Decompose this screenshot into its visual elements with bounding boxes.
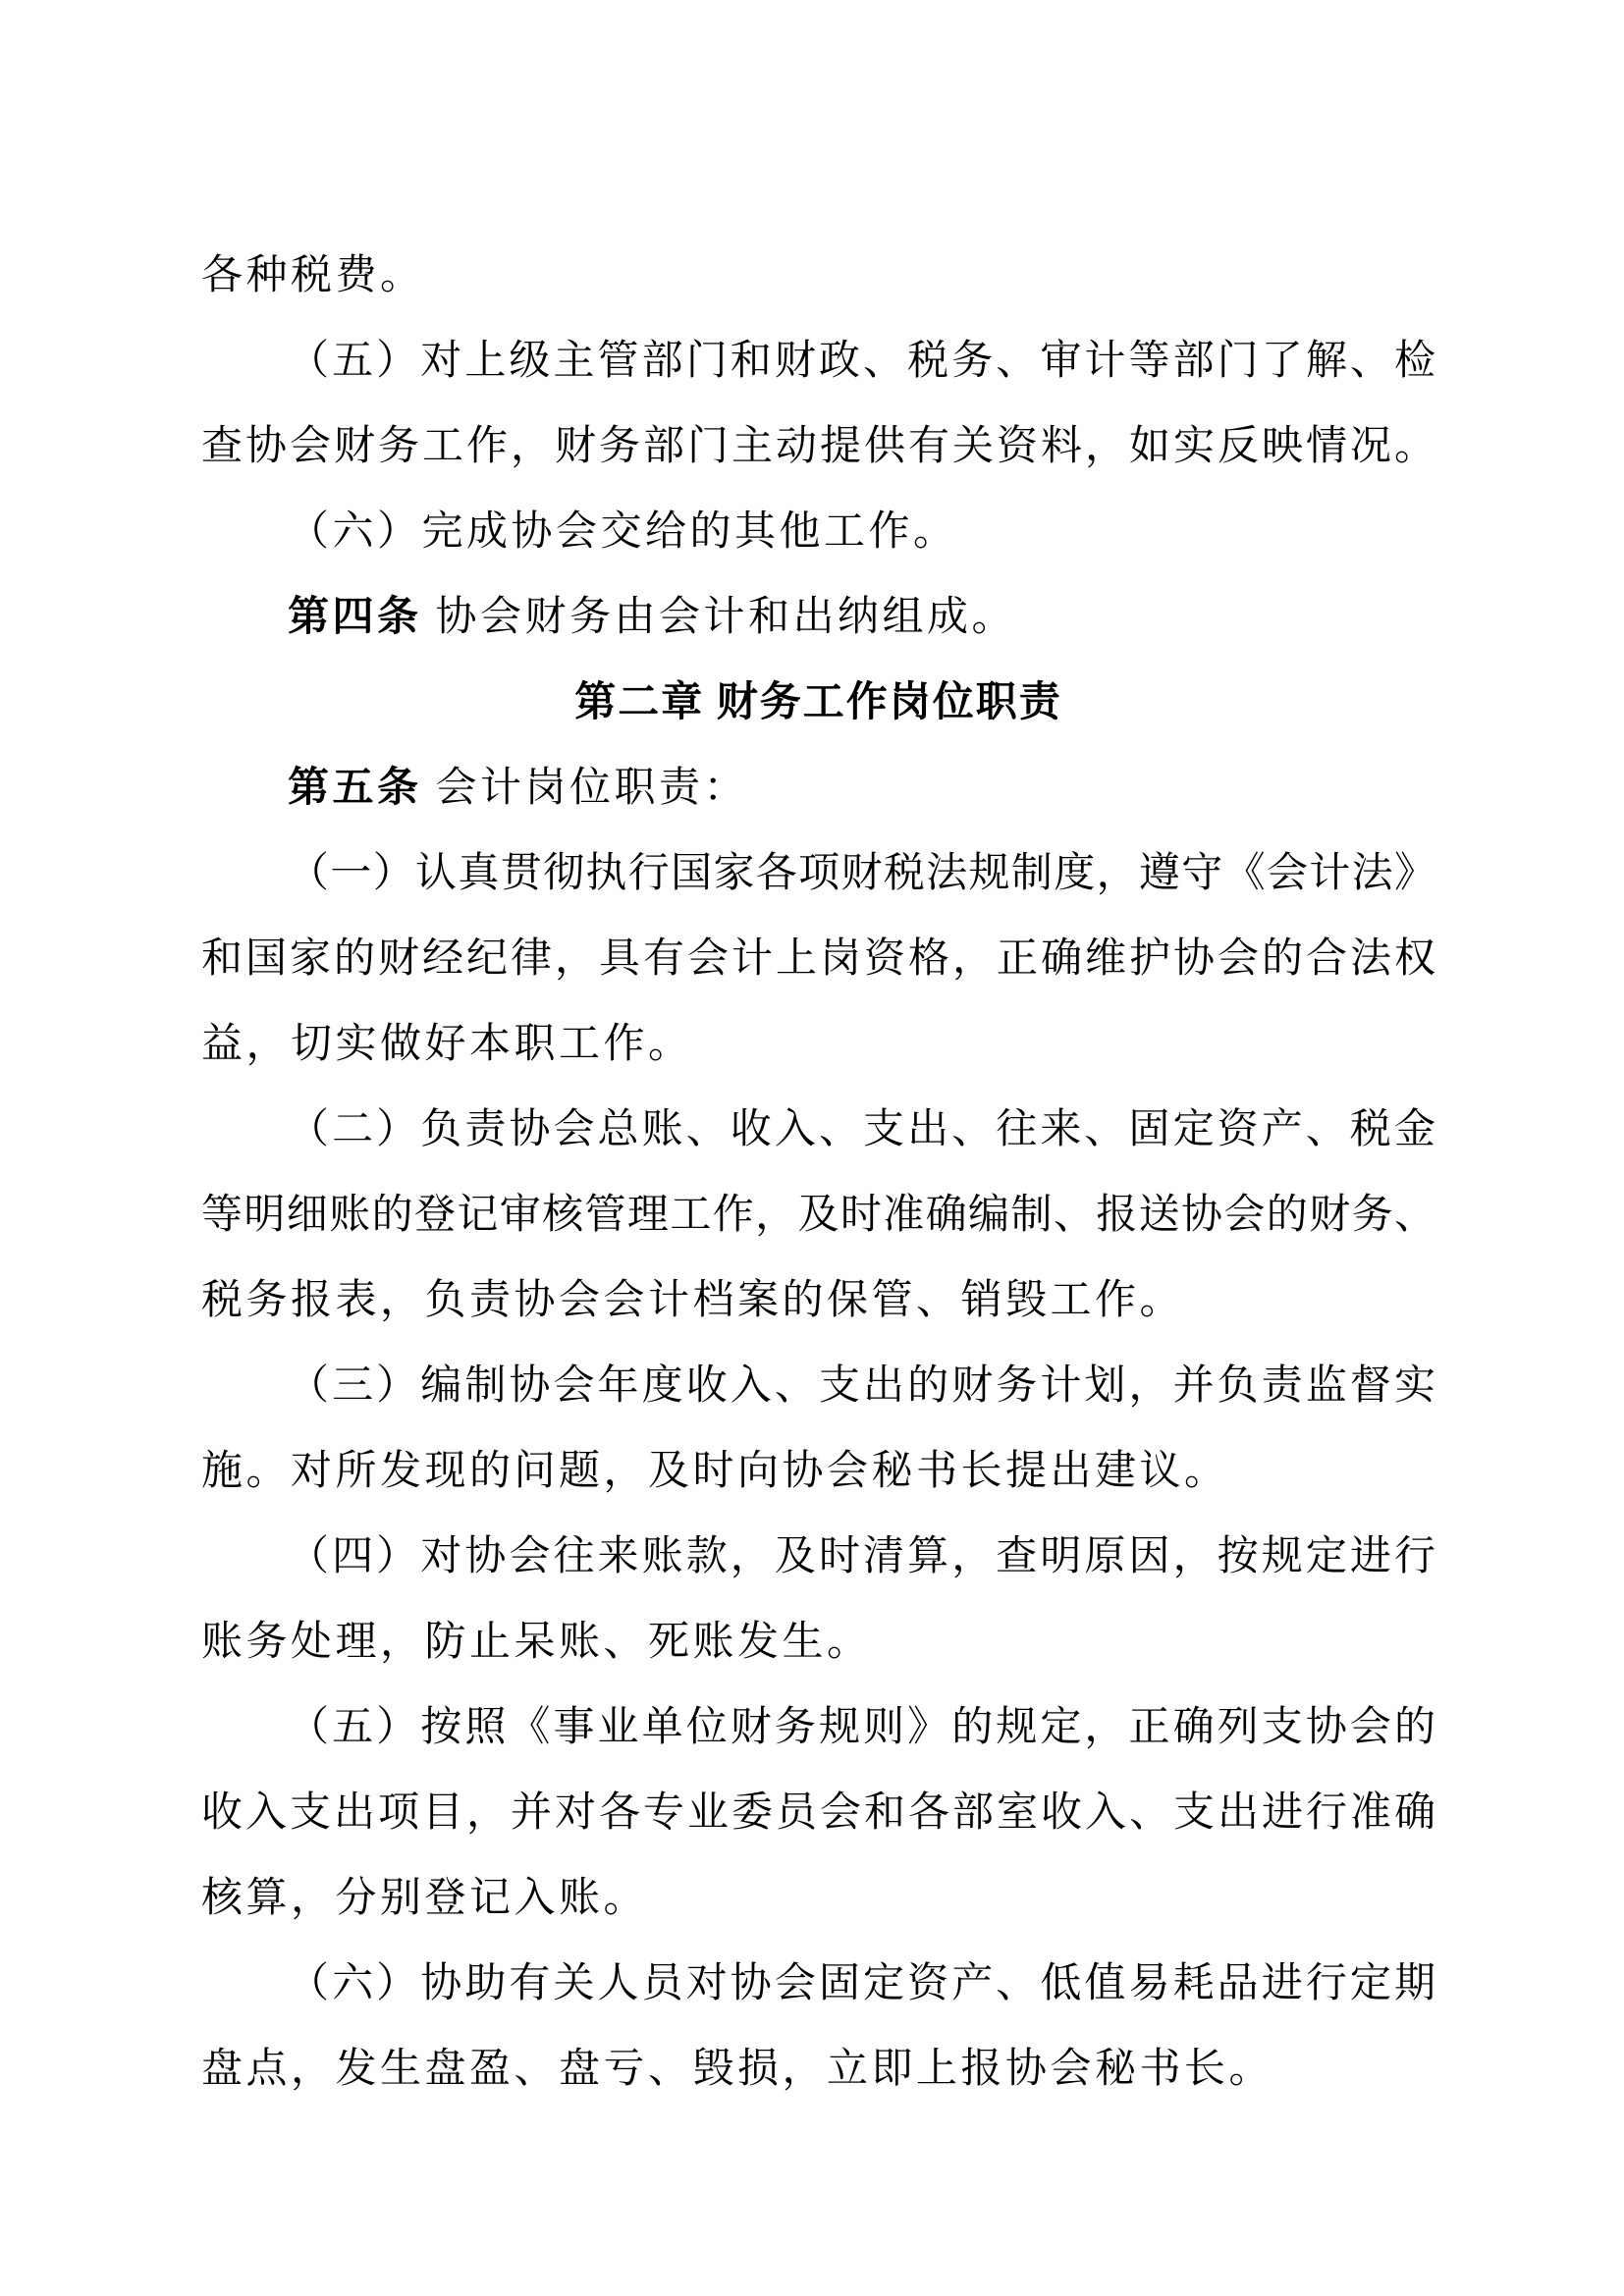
text-run: 各种税费。 [201, 253, 425, 298]
text-line: 盘点，发生盘盈、盘亏、毁损，立即上报协会秘书长。 [201, 2027, 1435, 2112]
text-line: 各种税费。 [201, 234, 1435, 319]
text-run: （五）对上级主管部门和财政、税务、审计等部门了解、检 [288, 339, 1435, 384]
text-run: （六）协助有关人员对协会固定资产、低值易耗品进行定期 [288, 1961, 1435, 2006]
text-run: 税务报表，负责协会会计档案的保管、销毁工作。 [201, 1278, 1184, 1323]
text-line: 第四条 协会财务由会计和出纳组成。 [201, 575, 1435, 661]
text-line: （六）协助有关人员对协会固定资产、低值易耗品进行定期 [201, 1942, 1435, 2027]
text-line: 收入支出项目，并对各专业委员会和各部室收入、支出进行准确 [201, 1771, 1435, 1856]
bold-text-run: 第四条 [288, 595, 422, 640]
text-line: 核算，分别登记入账。 [201, 1856, 1435, 1942]
text-run: 账务处理，防止呆账、死账发生。 [201, 1620, 872, 1665]
text-run: 查协会财务工作，财务部门主动提供有关资料，如实反映情况。 [201, 424, 1435, 469]
bold-text-run: 第二章 财务工作岗位职责 [574, 680, 1062, 725]
text-line: 查协会财务工作，财务部门主动提供有关资料，如实反映情况。 [201, 404, 1435, 490]
text-run: （二）负责协会总账、收入、支出、往来、固定资产、税金 [288, 1107, 1435, 1152]
text-line: （六）完成协会交给的其他工作。 [201, 490, 1435, 575]
text-run: 施。对所发现的问题，及时向协会秘书长提出建议。 [201, 1449, 1229, 1494]
text-run: 收入支出项目，并对各专业委员会和各部室收入、支出进行准确 [201, 1790, 1435, 1836]
text-run: （三）编制协会年度收入、支出的财务计划，并负责监督实 [288, 1363, 1435, 1409]
text-line: 税务报表，负责协会会计档案的保管、销毁工作。 [201, 1258, 1435, 1344]
text-run: 益，切实做好本职工作。 [201, 1022, 693, 1067]
text-line: 施。对所发现的问题，及时向协会秘书长提出建议。 [201, 1429, 1435, 1515]
text-run: 会计岗位职责： [422, 766, 749, 811]
text-line: 等明细账的登记审核管理工作，及时准确编制、报送协会的财务、 [201, 1173, 1435, 1258]
text-run: 核算，分别登记入账。 [201, 1876, 648, 1921]
document-body: 各种税费。（五）对上级主管部门和财政、税务、审计等部门了解、检查协会财务工作，财… [201, 234, 1435, 2112]
text-run: （一）认真贯彻执行国家各项财税法规制度，遵守《会计法》 [288, 851, 1435, 896]
text-line: （五）按照《事业单位财务规则》的规定，正确列支协会的 [201, 1685, 1435, 1771]
text-line: （二）负责协会总账、收入、支出、往来、固定资产、税金 [201, 1088, 1435, 1173]
document-page: 各种税费。（五）对上级主管部门和财政、税务、审计等部门了解、检查协会财务工作，财… [0, 0, 1624, 2296]
text-run: （六）完成协会交给的其他工作。 [288, 509, 958, 555]
text-line: 和国家的财经纪律，具有会计上岗资格，正确维护协会的合法权 [201, 917, 1435, 1002]
text-run: 等明细账的登记审核管理工作，及时准确编制、报送协会的财务、 [201, 1193, 1435, 1238]
text-line: 账务处理，防止呆账、死账发生。 [201, 1600, 1435, 1685]
text-run: 协会财务由会计和出纳组成。 [422, 595, 1017, 640]
text-line: （一）认真贯彻执行国家各项财税法规制度，遵守《会计法》 [201, 831, 1435, 917]
bold-text-run: 第五条 [288, 766, 422, 811]
text-line: （三）编制协会年度收入、支出的财务计划，并负责监督实 [201, 1344, 1435, 1429]
text-run: 盘点，发生盘盈、盘亏、毁损，立即上报协会秘书长。 [201, 2047, 1273, 2092]
text-run: （四）对协会往来账款，及时清算，查明原因，按规定进行 [288, 1534, 1435, 1579]
text-run: 和国家的财经纪律，具有会计上岗资格，正确维护协会的合法权 [201, 936, 1435, 982]
text-line: （四）对协会往来账款，及时清算，查明原因，按规定进行 [201, 1515, 1435, 1600]
text-line: 第二章 财务工作岗位职责 [201, 661, 1435, 746]
text-run: （五）按照《事业单位财务规则》的规定，正确列支协会的 [288, 1705, 1435, 1750]
text-line: 第五条 会计岗位职责： [201, 746, 1435, 831]
text-line: 益，切实做好本职工作。 [201, 1002, 1435, 1088]
text-line: （五）对上级主管部门和财政、税务、审计等部门了解、检 [201, 319, 1435, 404]
